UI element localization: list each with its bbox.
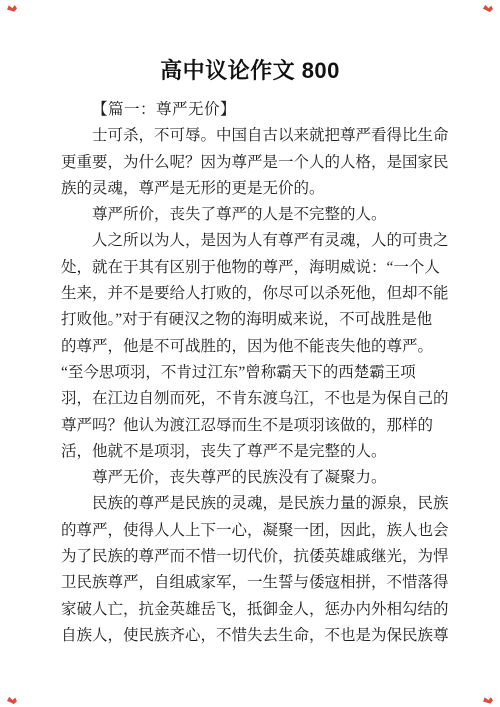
section-header: 【篇一：尊严无价】 [61, 97, 451, 123]
essay-line: 打败他。”对于有硬汉之物的海明威来说，不可战胜是他 [61, 307, 451, 333]
paragraph-list: 士可杀，不可辱。中国自古以来就把尊严看得比生命更重要，为什么呢？因为尊严是一个人… [61, 123, 451, 649]
essay-line: 卫民族尊严，自组戚家军，一生誓与倭寇相拼，不惜落得 [61, 570, 451, 596]
essay-line: 尊严吗？他认为渡江忍辱而生不是项羽该做的，那样的 [61, 413, 451, 439]
essay-line: 的尊严，他是不可战胜的，因为他不能丧失他的尊严。 [61, 334, 451, 360]
essay-line: “至今思项羽，不肯过江东”曾称霸天下的西楚霸王项 [61, 360, 451, 386]
corner-mark-icon [483, 5, 494, 13]
essay-line: 自族人，使民族齐心，不惜失去生命，不也是为保民族尊 [61, 623, 451, 649]
essay-line: 族的灵魂，尊严是无形的更是无价的。 [61, 176, 451, 202]
essay-line: 生来，并不是要给人打败的，你尽可以杀死他，但却不能 [61, 281, 451, 307]
essay-line: 民族的尊严是民族的灵魂，是民族力量的源泉，民族 [61, 491, 451, 517]
essay-line: 活，他就不是项羽，丧失了尊严不是完整的人。 [61, 439, 451, 465]
essay-line: 处，就在于其有区别于他物的尊严，海明威说：“一个人 [61, 255, 451, 281]
essay-title: 高中议论作文 800 [0, 54, 500, 85]
essay-line: 尊严无价，丧失尊严的民族没有了凝聚力。 [61, 465, 451, 491]
essay-body: 【篇一：尊严无价】 士可杀，不可辱。中国自古以来就把尊严看得比生命更重要，为什么… [61, 97, 451, 649]
document-page: 高中议论作文 800 【篇一：尊严无价】 士可杀，不可辱。中国自古以来就把尊严看… [0, 0, 500, 707]
essay-line: 的尊严，使得人人上下一心，凝聚一团，因此，族人也会 [61, 518, 451, 544]
corner-mark-icon [483, 697, 494, 705]
corner-mark-icon [7, 4, 18, 12]
essay-line: 为了民族的尊严而不惜一切代价，抗倭英雄戚继光，为悍 [61, 544, 451, 570]
essay-line: 更重要，为什么呢？因为尊严是一个人的人格，是国家民 [61, 150, 451, 176]
corner-mark-icon [7, 697, 17, 705]
essay-line: 羽，在江边自刎而死，不肯东渡乌江，不也是为保自己的 [61, 386, 451, 412]
essay-line: 人之所以为人，是因为人有尊严有灵魂，人的可贵之 [61, 228, 451, 254]
essay-line: 士可杀，不可辱。中国自古以来就把尊严看得比生命 [61, 123, 451, 149]
essay-line: 尊严所价，丧失了尊严的人是不完整的人。 [61, 202, 451, 228]
essay-line: 家破人亡，抗金英雄岳飞，抵御金人，惩办内外相勾结的 [61, 597, 451, 623]
